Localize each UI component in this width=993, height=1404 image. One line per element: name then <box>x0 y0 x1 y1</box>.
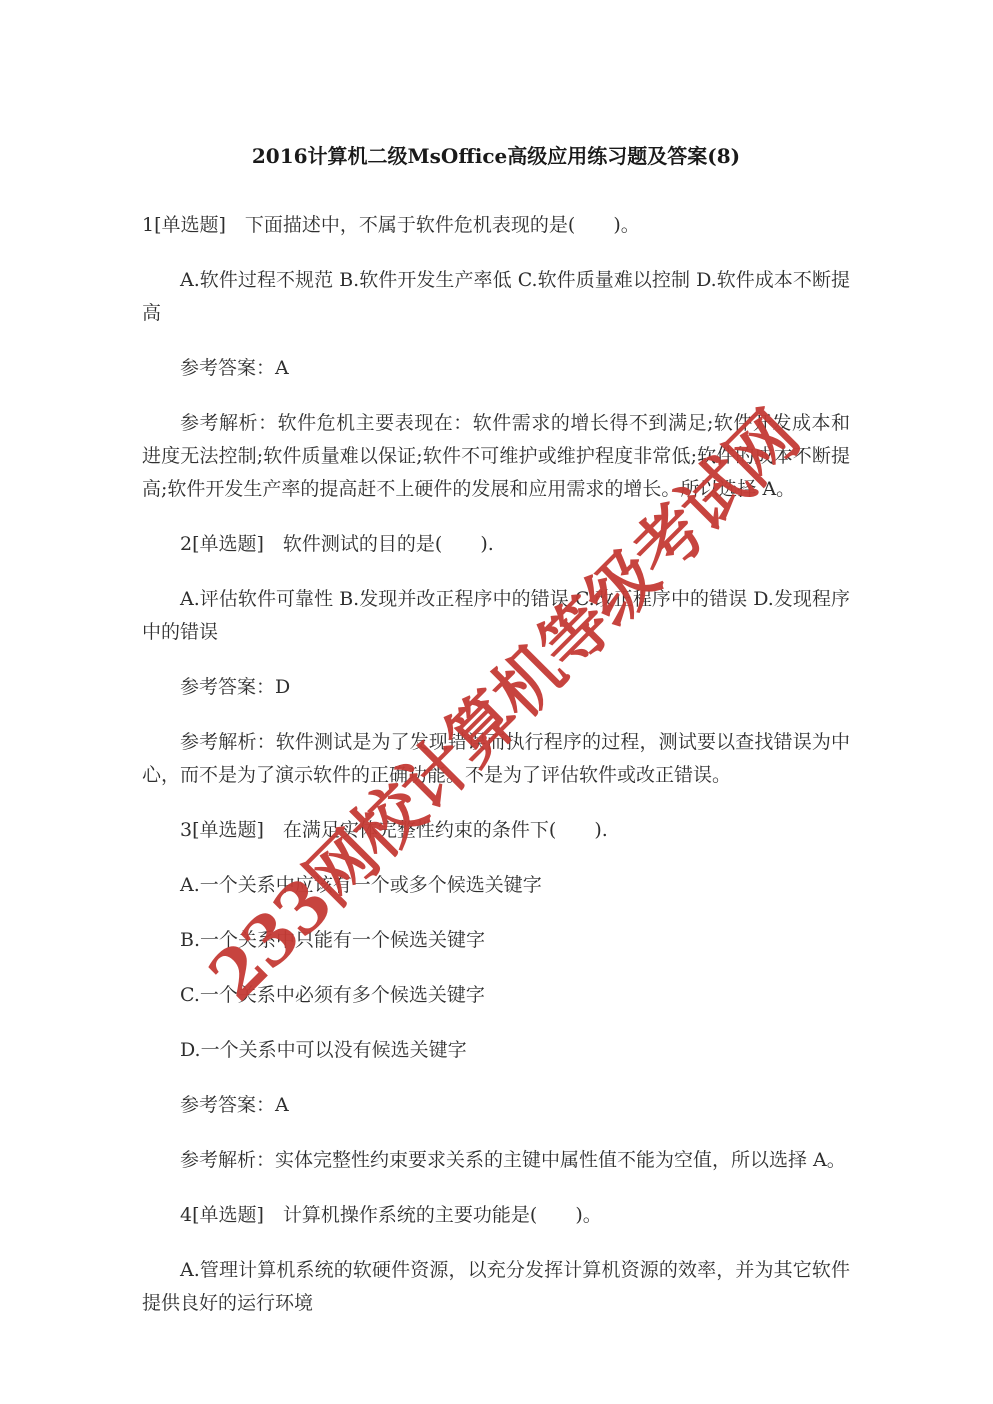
question-1-options: A.软件过程不规范 B.软件开发生产率低 C.软件质量难以控制 D.软件成本不断… <box>142 264 850 330</box>
question-3-analysis: 参考解析：实体完整性约束要求关系的主键中属性值不能为空值，所以选择 A。 <box>142 1144 850 1177</box>
question-1-analysis: 参考解析：软件危机主要表现在：软件需求的增长得不到满足;软件开发成本和进度无法控… <box>142 407 850 506</box>
question-3-option-d: D.一个关系中可以没有候选关键字 <box>142 1034 850 1067</box>
document-page: 2016计算机二级MsOffice高级应用练习题及答案(8) 1[单选题] 下面… <box>0 0 993 1404</box>
question-3-option-c: C.一个关系中必须有多个候选关键字 <box>142 979 850 1012</box>
question-1-answer: 参考答案：A <box>142 352 850 385</box>
document-title: 2016计算机二级MsOffice高级应用练习题及答案(8) <box>142 143 850 169</box>
question-2-stem: 2[单选题] 软件测试的目的是( ). <box>142 528 850 561</box>
question-2-answer: 参考答案：D <box>142 671 850 704</box>
question-2-options: A.评估软件可靠性 B.发现并改正程序中的错误 C.改正程序中的错误 D.发现程… <box>142 583 850 649</box>
question-3-option-b: B.一个关系中只能有一个候选关键字 <box>142 924 850 957</box>
question-3-option-a: A.一个关系中应该有一个或多个候选关键字 <box>142 869 850 902</box>
question-2-analysis: 参考解析：软件测试是为了发现错误而执行程序的过程，测试要以查找错误为中心，而不是… <box>142 726 850 792</box>
document-content: 2016计算机二级MsOffice高级应用练习题及答案(8) 1[单选题] 下面… <box>142 143 850 1342</box>
document-body: 1[单选题] 下面描述中，不属于软件危机表现的是( )。A.软件过程不规范 B.… <box>142 209 850 1320</box>
question-1-stem: 1[单选题] 下面描述中，不属于软件危机表现的是( )。 <box>142 209 850 242</box>
question-3-stem: 3[单选题] 在满足实体完整性约束的条件下( ). <box>142 814 850 847</box>
question-3-answer: 参考答案：A <box>142 1089 850 1122</box>
question-4-stem: 4[单选题] 计算机操作系统的主要功能是( )。 <box>142 1199 850 1232</box>
question-4-option-a: A.管理计算机系统的软硬件资源，以充分发挥计算机资源的效率，并为其它软件提供良好… <box>142 1254 850 1320</box>
